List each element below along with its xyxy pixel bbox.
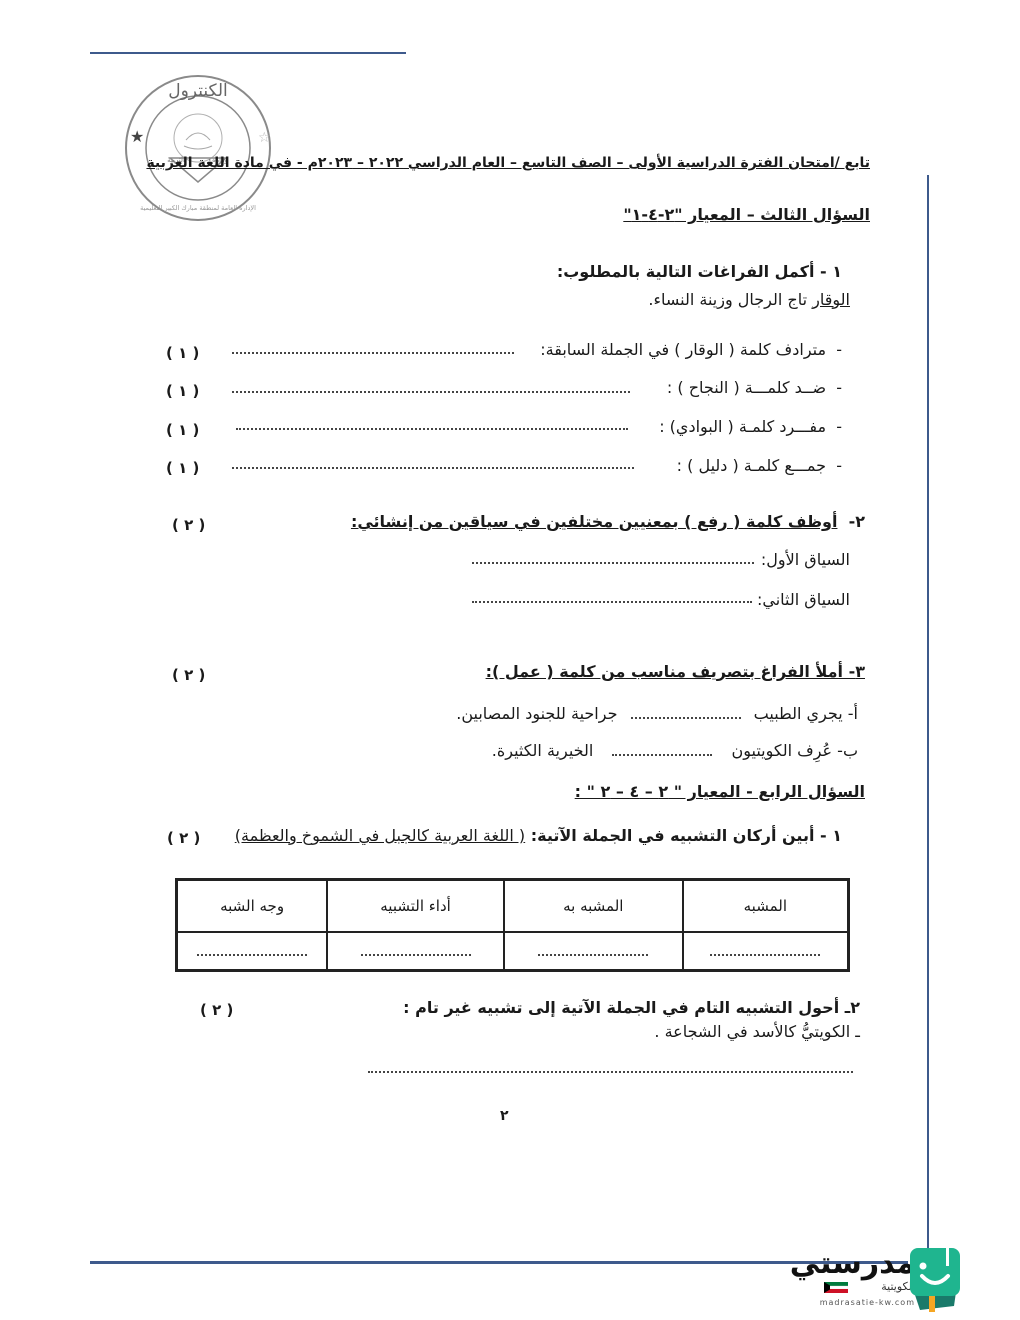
kuwait-flag-icon [824, 1282, 848, 1293]
q3-part3-title: ٣- أملأ الفراغ بتصريف مناسب من كلمة ( عم… [486, 662, 865, 681]
q3-part1-title: ١ - أكمل الفراغات التالية بالمطلوب: [557, 262, 842, 281]
madrasati-logo-icon [908, 1246, 962, 1312]
brand-watermark: مدرستي الكويتية madrasatie-kw.com [790, 1240, 980, 1320]
q4-part2-sentence: ـ الكويتيُّ كالأسد في الشجاعة . [654, 1022, 860, 1041]
sentence-rest: تاج الرجال وزينة النساء. [648, 290, 812, 309]
svg-text:★: ★ [130, 127, 144, 146]
q4-part1-title: ١ - أبين أركان التشبيه في الجملة الآتية:… [235, 826, 842, 845]
answer-field-plural[interactable] [232, 467, 634, 469]
fill-field-a[interactable] [631, 717, 741, 719]
answer-field-antonym[interactable] [232, 391, 630, 393]
context-1-field[interactable] [472, 562, 754, 564]
answer-cell-adat[interactable] [327, 932, 504, 971]
control-stamp-icon: ★ ☆ الكنترول التربية وزارة الإدارة العام… [118, 70, 278, 225]
right-border-line [927, 175, 929, 1250]
answer-cell-mushabbah[interactable] [683, 932, 849, 971]
q3-part2-title: ٢- أوظف كلمة ( رفع ) بمعنيين مختلفين في … [351, 512, 865, 531]
sentence-keyword: الوقار [812, 290, 850, 309]
top-border-line [90, 52, 406, 54]
header-mushabbah-bih: المشبه به [504, 880, 683, 933]
header-mushabbah: المشبه [683, 880, 849, 933]
context-1-label: السياق الأول: [761, 550, 850, 569]
page-number: ٢ [500, 1108, 509, 1124]
svg-text:الكنترول: الكنترول [168, 81, 228, 101]
answer-cell-mushabbah-bih[interactable] [504, 932, 683, 971]
answer-cell-wajh[interactable] [177, 932, 328, 971]
q3-item-singular: - مفـــرد كلمـة ( البوادي) : [659, 417, 842, 436]
q4-part2-answer-field[interactable] [368, 1071, 853, 1073]
bottom-border-line [90, 1261, 908, 1264]
q3-item-antonym: - ضــد كلمـــة ( النجاح ) : [667, 378, 842, 397]
fill-field-b[interactable] [612, 754, 712, 756]
q4-heading: السؤال الرابع - المعيار " ٢ – ٤ – ٢ " : [575, 782, 865, 801]
q3-item-synonym: - مترادف كلمة ( الوقار ) في الجملة الساب… [540, 340, 842, 359]
points-label: ( ٢ ) [167, 829, 200, 847]
points-label: ( ٢ ) [172, 516, 205, 534]
q3-part3-item-a: أ- يجري الطبيب جراحية للجنود المصابين. [456, 704, 858, 723]
points-label: ( ٢ ) [200, 1001, 233, 1019]
q3-item-plural: - جمـــع كلمـة ( دليل ) : [677, 456, 842, 475]
svg-text:الإدارة العامة لمنطقة مبارك ال: الإدارة العامة لمنطقة مبارك الكبير التعل… [140, 204, 256, 212]
header-wajh: وجه الشبه [177, 880, 328, 933]
context-2-label: السياق الثاني: [757, 590, 850, 609]
context-2-field[interactable] [472, 601, 752, 603]
q4-part2-title: ٢ـ أحول التشبيه التام في الجملة الآتية إ… [403, 998, 860, 1017]
q3-heading: السؤال الثالث – المعيار "٢-٤-١" [623, 205, 870, 224]
answer-field-synonym[interactable] [232, 352, 514, 354]
q4-part1-sentence: ( اللغة العربية كالجبل في الشموخ والعظمة… [235, 826, 525, 845]
points-label: ( ٢ ) [172, 666, 205, 684]
brand-url: madrasatie-kw.com [820, 1298, 915, 1307]
points-label: ( ١ ) [166, 382, 199, 400]
svg-text:☆: ☆ [258, 130, 271, 146]
points-label: ( ١ ) [166, 459, 199, 477]
simile-table: المشبه المشبه به أداء التشبيه وجه الشبه [175, 878, 850, 972]
q3-part3-item-b: ب- عُرِف الكويتيون الخيرية الكثيرة. [492, 741, 858, 760]
exam-header: تابع /امتحان الفترة الدراسية الأولى – ال… [146, 155, 870, 171]
header-adat: أداء التشبيه [327, 880, 504, 933]
answer-field-singular[interactable] [236, 428, 628, 430]
points-label: ( ١ ) [166, 344, 199, 362]
brand-name: مدرستي [790, 1246, 915, 1281]
q3-part1-sentence: الوقار تاج الرجال وزينة النساء. [648, 290, 850, 309]
points-label: ( ١ ) [166, 421, 199, 439]
